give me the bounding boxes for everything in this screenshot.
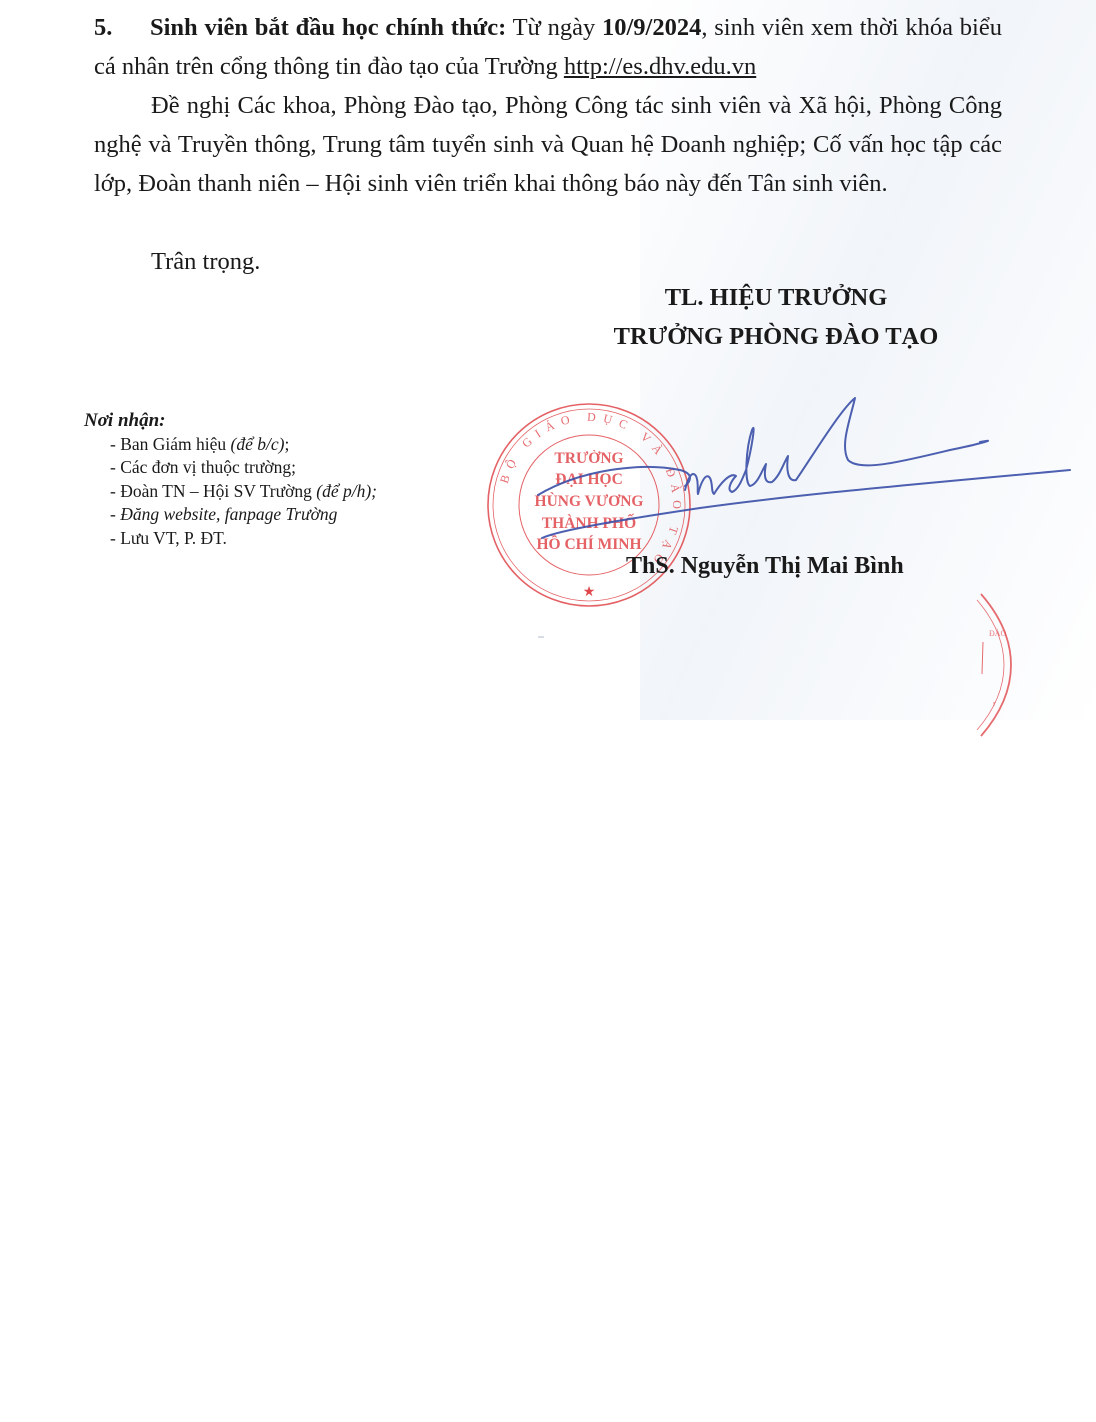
- recipient-item: - Đăng website, fanpage Trường: [110, 503, 377, 527]
- recipient-item: - Lưu VT, P. ĐT.: [110, 527, 377, 551]
- recipient-note: (để b/c): [231, 434, 285, 454]
- recipients-list: - Ban Giám hiệu (để b/c); - Các đơn vị t…: [84, 433, 377, 551]
- closing-text: Trân trọng.: [94, 242, 1002, 281]
- item-text-a: Từ ngày: [506, 14, 602, 41]
- svg-text:ĐÀO: ĐÀO: [989, 628, 1007, 638]
- recipient-item: - Đoàn TN – Hội SV Trường (để p/h);: [110, 480, 377, 504]
- request-paragraph: Đề nghị Các khoa, Phòng Đào tạo, Phòng C…: [94, 86, 1002, 203]
- recipient-note: (để p/h);: [316, 481, 377, 501]
- recipient-text: - Ban Giám hiệu: [110, 434, 231, 454]
- start-date: 10/9/2024: [602, 14, 701, 41]
- stamp-edge-icon: ĐÀO r: [955, 590, 1025, 740]
- item-5-paragraph: 5.Sinh viên bắt đầu học chính thức: Từ n…: [94, 8, 1002, 86]
- handwritten-signature-icon: [500, 390, 1096, 570]
- item-number: 5.: [94, 8, 150, 47]
- recipient-item: - Ban Giám hiệu (để b/c);: [110, 433, 377, 457]
- recipients-block: Nơi nhận: - Ban Giám hiệu (để b/c); - Cá…: [84, 409, 377, 550]
- svg-text:★: ★: [583, 585, 596, 600]
- signature-title: TL. HIỆU TRƯỞNG TRƯỞNG PHÒNG ĐÀO TẠO: [566, 278, 986, 356]
- item-lead: Sinh viên bắt đầu học chính thức:: [150, 14, 506, 41]
- signature-title-line2: TRƯỞNG PHÒNG ĐÀO TẠO: [566, 317, 986, 356]
- recipient-item: - Các đơn vị thuộc trường;: [110, 456, 377, 480]
- signature-title-line1: TL. HIỆU TRƯỞNG: [566, 278, 986, 317]
- recipient-suffix: ;: [284, 434, 289, 454]
- recipient-text: - Lưu VT, P. ĐT.: [110, 528, 227, 548]
- recipient-text: - Các đơn vị thuộc trường;: [110, 457, 296, 477]
- portal-link[interactable]: http://es.dhv.edu.vn: [564, 53, 756, 80]
- signer-name: ThS. Nguyễn Thị Mai Bình: [626, 553, 904, 580]
- recipients-heading: Nơi nhận:: [84, 409, 377, 433]
- recipient-text: - Đăng website, fanpage Trường: [110, 504, 337, 524]
- scan-artifact: [538, 636, 544, 638]
- recipient-text: - Đoàn TN – Hội SV Trường: [110, 481, 316, 501]
- svg-text:r: r: [993, 699, 996, 708]
